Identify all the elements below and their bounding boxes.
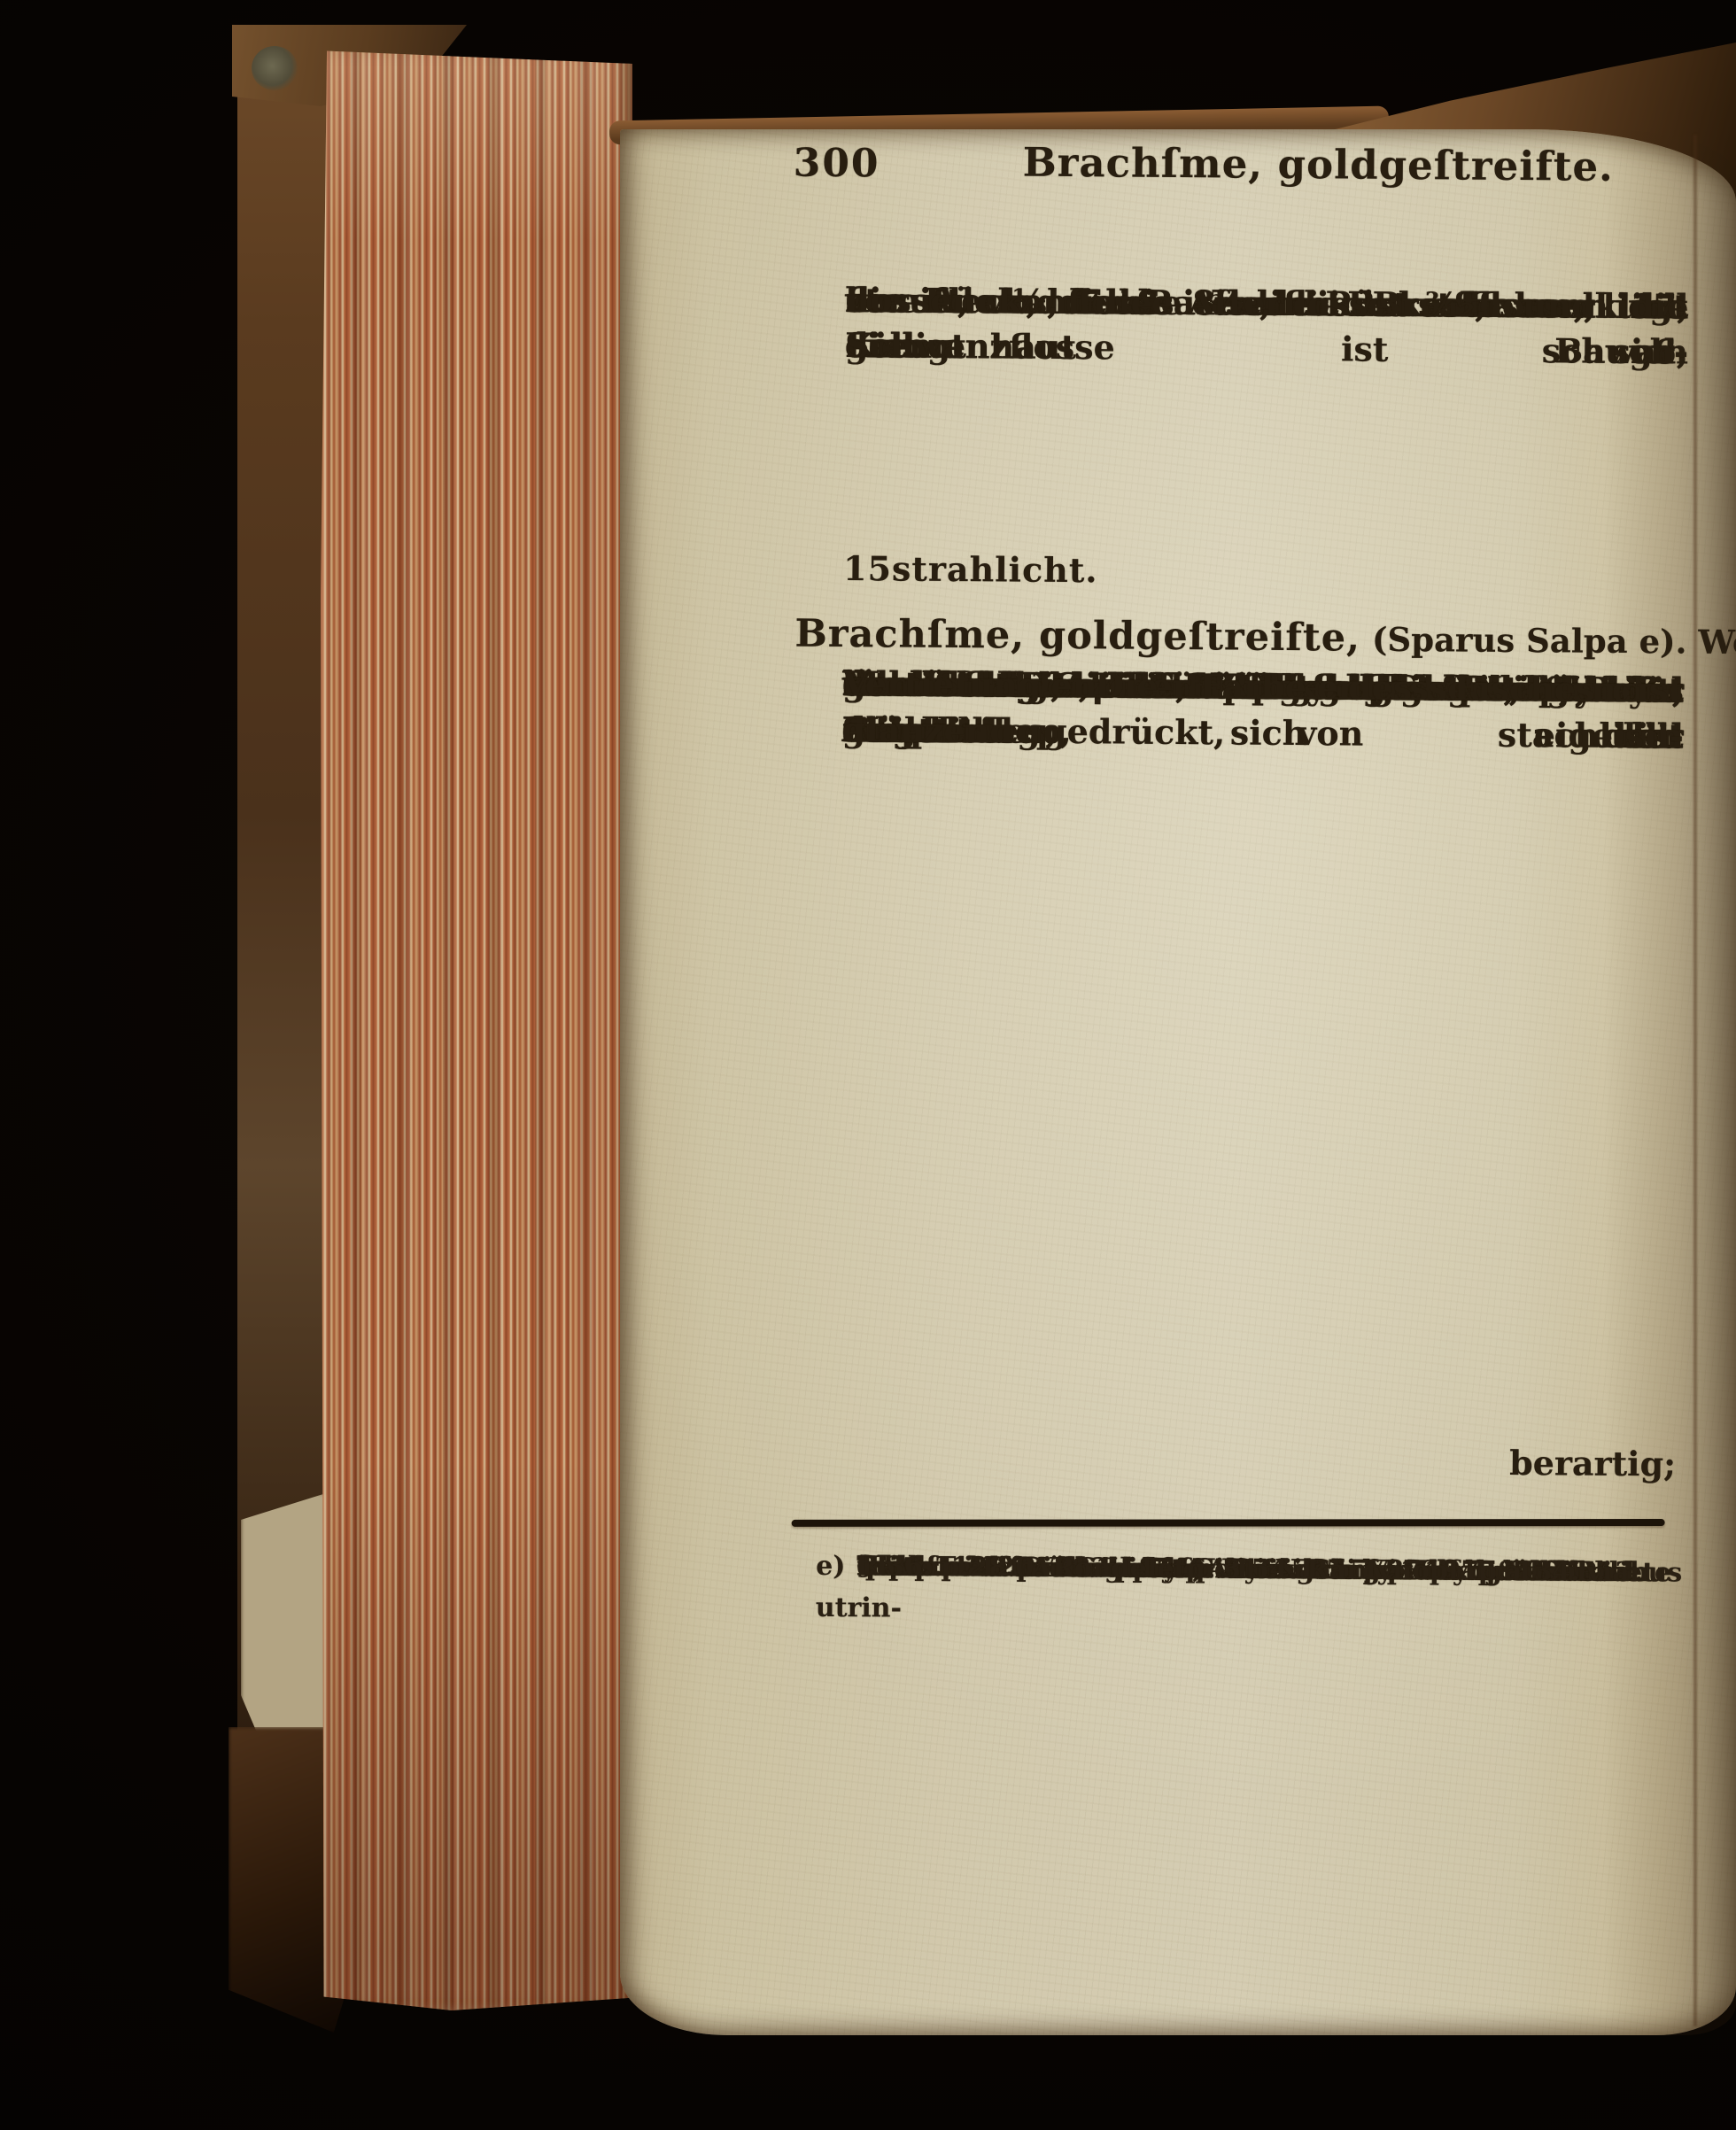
entry-heading-rest: (Sparus Salpa e). We-: [1360, 620, 1736, 662]
footnote-block: e) Sparus cauda bifida, lineis fulvis lo…: [816, 1545, 1682, 1553]
page-fore-edge-stack: [321, 46, 632, 2010]
entry-lemma: Brachſme, goldgeſtreifte,: [794, 612, 1360, 661]
text-line: flossen ¹⁄₆, die Afterflosse ²⁄₁₂, und d…: [845, 277, 1689, 374]
book-page: 300 Brachſme, goldgeſtreifte. braun, und…: [620, 129, 1736, 2035]
entry-paragraph-last-line: berartig;: [836, 1437, 1676, 1483]
running-title: Brachſme, goldgeſtreifte.: [1023, 139, 1581, 190]
text-line: Vertiefung. Die Farbe des Fisches ist gl…: [841, 661, 1684, 758]
footnote-divider-rule: [792, 1519, 1665, 1527]
book-scan-photo: 300 Brachſme, goldgeſtreifte. braun, und…: [0, 0, 1736, 2130]
paragraph-continuation: braun, und 7 bis 8mal nicht sehr merklic…: [846, 277, 1689, 283]
leather-wear-spot: [252, 46, 298, 90]
text-line: f. 36. p. 120. Rondelet p. 154. Rai ſyno…: [856, 1545, 1580, 1592]
paragraph-continuation-last-line: 15strahlicht.: [843, 548, 1410, 593]
page-number: 300: [793, 141, 880, 187]
underlying-page-wedge: [241, 1493, 326, 1759]
entry-heading: Brachſme, goldgeſtreifte, (Sparus Salpa …: [794, 612, 1691, 663]
page-text: 300 Brachſme, goldgeſtreifte. braun, und…: [605, 127, 1736, 2041]
